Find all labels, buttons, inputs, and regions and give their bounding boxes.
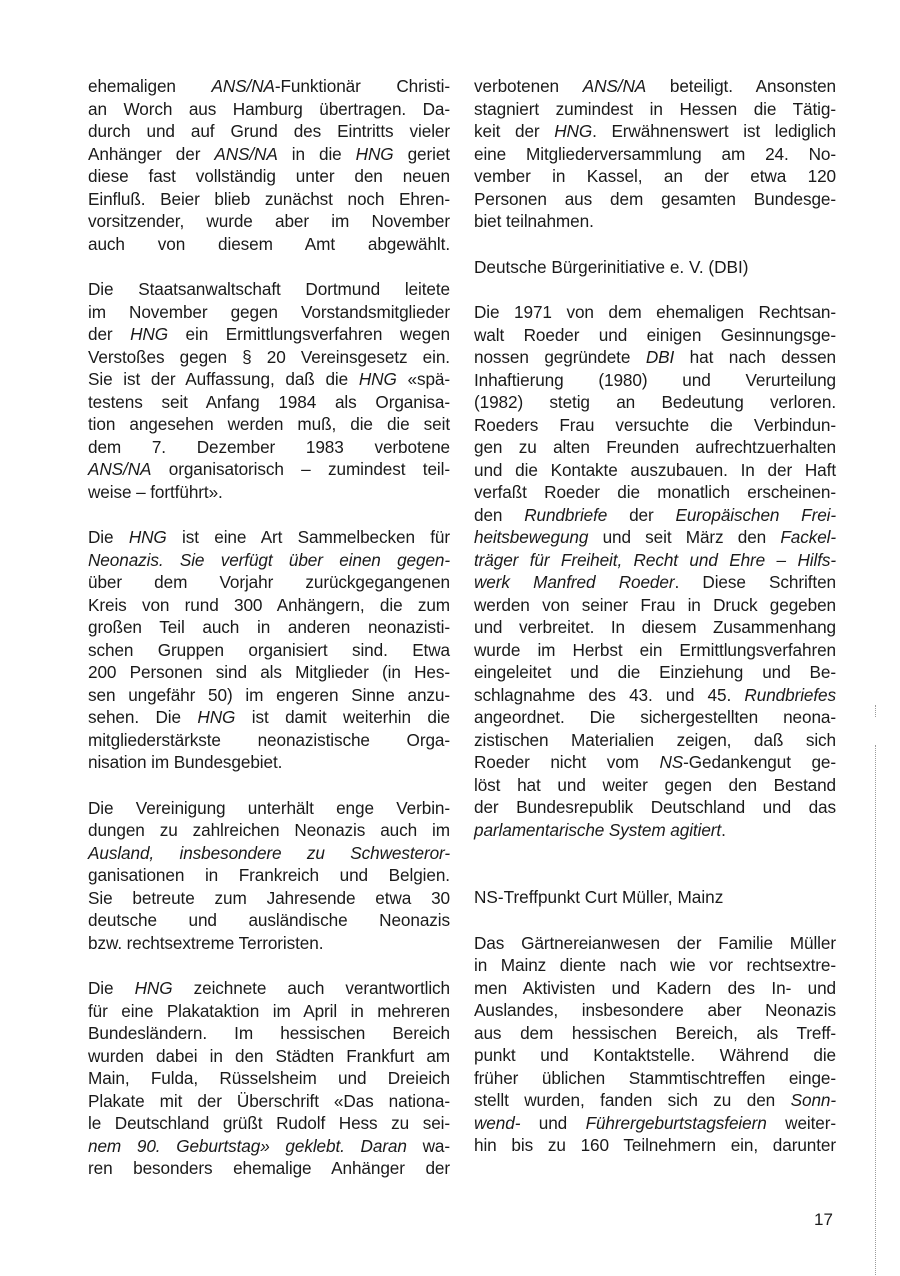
text-line: der Bundesrepublik Deutschland und das [474, 796, 836, 819]
scan-edge-mark [875, 745, 877, 1275]
text-line: Ausland, insbesondere zu Schwesteror- [88, 842, 450, 865]
text-line: Die Vereinigung unterhält enge Verbin- [88, 797, 450, 820]
left-column: ehemaligen ANS/NA-Funktionär Christi-an … [88, 75, 450, 1180]
text-line: ren besonders ehemalige Anhänger der [88, 1157, 450, 1180]
text-line: Plakate mit der Überschrift «Das nationa… [88, 1090, 450, 1113]
text-line: 200 Personen sind als Mitglieder (in Hes… [88, 661, 450, 684]
paragraph-hng-leadership: ehemaligen ANS/NA-Funktionär Christi-an … [88, 75, 450, 255]
text-line: angeordnet. Die sichergestellten neona- [474, 706, 836, 729]
paragraph-sammelbecken: Die HNG ist eine Art Sammelbecken fürNeo… [88, 526, 450, 774]
text-line: werk Manfred Roeder. Diese Schriften [474, 571, 836, 594]
text-line: Anhänger der ANS/NA in die HNG geriet [88, 143, 450, 166]
text-line: schlagnahme des 43. und 45. Rundbriefes [474, 684, 836, 707]
paragraph-gap [88, 255, 450, 278]
text-line: stagniert zumindest in Hessen die Tätig- [474, 98, 836, 121]
text-line: gen zu alten Freunden aufrechtzuerhalten [474, 436, 836, 459]
text-line: träger für Freiheit, Recht und Ehre – Hi… [474, 549, 836, 572]
paragraph-gap [474, 909, 836, 932]
text-line: Das Gärtnereianwesen der Familie Müller [474, 932, 836, 955]
text-line: biet teilnahmen. [474, 210, 836, 233]
text-line: deutsche und ausländische Neonazis [88, 909, 450, 932]
text-line: aus dem hessischen Bereich, als Treff- [474, 1022, 836, 1045]
paragraph-gap [88, 503, 450, 526]
text-line: großen Teil auch in anderen neonazisti- [88, 616, 450, 639]
text-line: löst hat und weiter gegen den Bestand [474, 774, 836, 797]
text-line: nem 90. Geburtstag» geklebt. Daran wa- [88, 1135, 450, 1158]
text-line: Sie ist der Auffassung, daß die HNG «spä… [88, 368, 450, 391]
text-line: mitgliederstärkste neonazistische Orga- [88, 729, 450, 752]
text-line: stellt wurden, fanden sich zu den Sonn- [474, 1089, 836, 1112]
text-line: durch und auf Grund des Eintritts vieler [88, 120, 450, 143]
text-line: früher üblichen Stammtischtreffen einge- [474, 1067, 836, 1090]
text-line: sehen. Die HNG ist damit weiterhin die [88, 706, 450, 729]
page-number: 17 [814, 1210, 833, 1230]
text-line: Neonazis. Sie verfügt über einen gegen- [88, 549, 450, 572]
text-line: verbotenen ANS/NA beteiligt. Ansonsten [474, 75, 836, 98]
text-line: Bundesländern. Im hessischen Bereich [88, 1022, 450, 1045]
text-line: diese fast vollständig unter den neuen [88, 165, 450, 188]
text-line: der HNG ein Ermittlungsverfahren wegen [88, 323, 450, 346]
text-line: für eine Plakataktion im April in mehrer… [88, 1000, 450, 1023]
text-line: weise – fortführt». [88, 481, 450, 504]
paragraph-auslandsverbindungen: Die Vereinigung unterhält enge Verbin-du… [88, 797, 450, 955]
text-line: eingeleitet und die Einziehung und Be- [474, 661, 836, 684]
text-line: tion angesehen werden muß, die die seit [88, 413, 450, 436]
text-line: walt Roeder und einigen Gesinnungsge- [474, 324, 836, 347]
text-line: keit der HNG. Erwähnenswert ist lediglic… [474, 120, 836, 143]
text-line: an Worch aus Hamburg übertragen. Da- [88, 98, 450, 121]
text-line: wend- und Führergeburtstagsfeiern weiter… [474, 1112, 836, 1135]
section-heading-ns-treffpunkt: NS-Treffpunkt Curt Müller, Mainz [474, 886, 836, 909]
text-line: nossen gegründete DBI hat nach dessen [474, 346, 836, 369]
text-line: punkt und Kontaktstelle. Während die [474, 1044, 836, 1067]
text-line: wurde im Herbst ein Ermittlungsverfahren [474, 639, 836, 662]
text-line: werden von seiner Frau in Druck gegeben [474, 594, 836, 617]
section-gap [474, 841, 836, 886]
text-line: dem 7. Dezember 1983 verbotene [88, 436, 450, 459]
text-line: nisation im Bundesgebiet. [88, 751, 450, 774]
right-column: verbotenen ANS/NA beteiligt. Ansonstenst… [474, 75, 836, 1157]
text-line: men Aktivisten und Kadern des In- und [474, 977, 836, 1000]
text-line: Verstoßes gegen § 20 Vereinsgesetz ein. [88, 346, 450, 369]
text-line: eine Mitgliederversammlung am 24. No- [474, 143, 836, 166]
text-line: Sie betreute zum Jahresende etwa 30 [88, 887, 450, 910]
text-line: Auslandes, insbesondere aber Neonazis [474, 999, 836, 1022]
text-line: schen Gruppen organisiert sind. Etwa [88, 639, 450, 662]
text-line: ganisationen in Frankreich und Belgien. [88, 864, 450, 887]
text-line: Einfluß. Beier blieb zunächst noch Ehren… [88, 188, 450, 211]
text-line: bzw. rechtsextreme Terroristen. [88, 932, 450, 955]
text-line: ehemaligen ANS/NA-Funktionär Christi- [88, 75, 450, 98]
text-line: in Mainz diente nach wie vor rechtsextre… [474, 954, 836, 977]
section-heading-dbi: Deutsche Bürgerinitiative e. V. (DBI) [474, 256, 836, 279]
text-line: auch von diesem Amt abgewählt. [88, 233, 450, 256]
paragraph-gap [88, 774, 450, 797]
paragraph-staatsanwaltschaft: Die Staatsanwaltschaft Dortmund leitetei… [88, 278, 450, 503]
paragraph-hessen-stagnation: verbotenen ANS/NA beteiligt. Ansonstenst… [474, 75, 836, 233]
text-line: Kreis von rund 300 Anhängern, die zum [88, 594, 450, 617]
text-line: sen ungefähr 50) im engeren Sinne anzu- [88, 684, 450, 707]
paragraph-gap [88, 954, 450, 977]
text-line: und verbreitet. In diesem Zusammenhang [474, 616, 836, 639]
text-line: Personen aus dem gesamten Bundesge- [474, 188, 836, 211]
text-line: dungen zu zahlreichen Neonazis auch im [88, 819, 450, 842]
text-line: wurden dabei in den Städten Frankfurt am [88, 1045, 450, 1068]
text-line: hin bis zu 160 Teilnehmern ein, darunter [474, 1134, 836, 1157]
text-line: Die 1971 von dem ehemaligen Rechtsan- [474, 301, 836, 324]
text-line: ANS/NA organisatorisch – zumindest teil- [88, 458, 450, 481]
text-line: vember in Kassel, an der etwa 120 [474, 165, 836, 188]
text-line: und die Kontakte auszubauen. In der Haft [474, 459, 836, 482]
paragraph-ns-treffpunkt: Das Gärtnereianwesen der Familie Mülleri… [474, 932, 836, 1157]
text-line: parlamentarische System agitiert. [474, 819, 836, 842]
text-line: Die HNG ist eine Art Sammelbecken für [88, 526, 450, 549]
text-line: testens seit Anfang 1984 als Organisa- [88, 391, 450, 414]
text-line: über dem Vorjahr zurückgegangenen [88, 571, 450, 594]
paragraph-gap [474, 233, 836, 256]
text-line: Die Staatsanwaltschaft Dortmund leitete [88, 278, 450, 301]
text-line: verfaßt Roeder die monatlich erscheinen- [474, 481, 836, 504]
text-line: heitsbewegung und seit März den Fackel- [474, 526, 836, 549]
text-line: Inhaftierung (1980) und Verurteilung [474, 369, 836, 392]
text-line: zistischen Materialien zeigen, daß sich [474, 729, 836, 752]
text-line: im November gegen Vorstandsmitglieder [88, 301, 450, 324]
text-line: den Rundbriefe der Europäischen Frei- [474, 504, 836, 527]
text-line: Roeder nicht vom NS-Gedankengut ge- [474, 751, 836, 774]
text-line: Die HNG zeichnete auch verantwortlich [88, 977, 450, 1000]
paragraph-plakataktion: Die HNG zeichnete auch verantwortlichfür… [88, 977, 450, 1180]
paragraph-gap [474, 278, 836, 301]
scan-edge-mark [875, 705, 877, 717]
text-line: vorsitzender, wurde aber im November [88, 210, 450, 233]
text-line: le Deutschland grüßt Rudolf Hess zu sei- [88, 1112, 450, 1135]
text-line: (1982) stetig an Bedeutung verloren. [474, 391, 836, 414]
text-line: Roeders Frau versuchte die Verbindun- [474, 414, 836, 437]
paragraph-dbi: Die 1971 von dem ehemaligen Rechtsan-wal… [474, 301, 836, 841]
text-line: Main, Fulda, Rüsselsheim und Dreieich [88, 1067, 450, 1090]
